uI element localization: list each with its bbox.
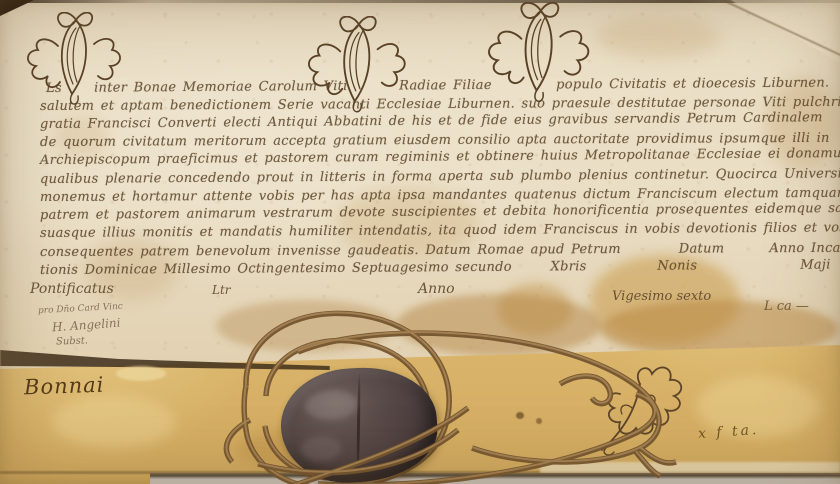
manuscript-photo: Ls inter Bonae Memoriae Carolum Viti Rad… — [0, 0, 840, 484]
photo-vignette — [0, 0, 840, 484]
